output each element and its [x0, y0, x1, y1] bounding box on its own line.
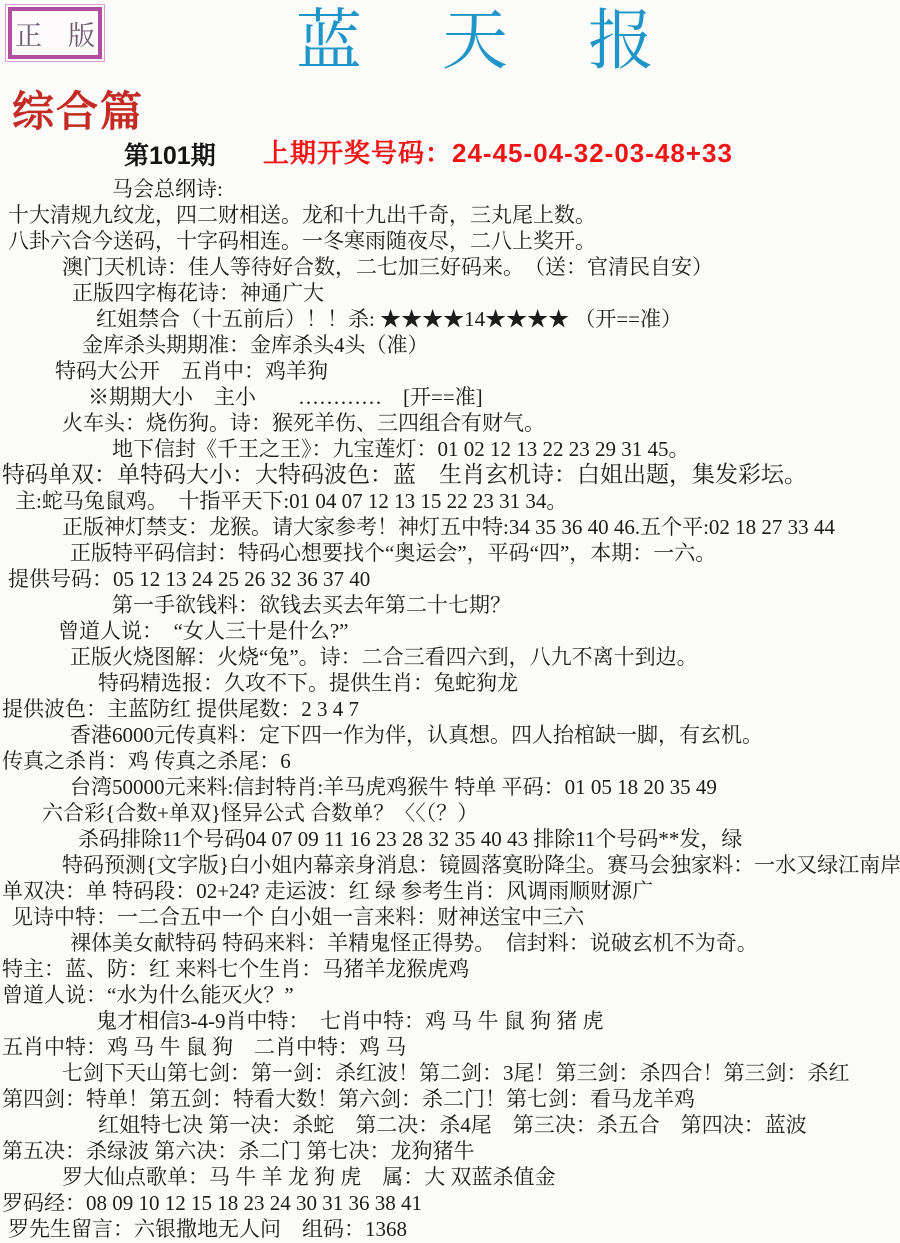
report-line: 主:蛇马兔鼠鸡。 十指平天下:01 04 07 12 13 15 22 23 3…: [0, 488, 900, 514]
report-line: 特码大公开 五肖中：鸡羊狗: [0, 358, 900, 384]
report-body: 马会总纲诗: 十大清规九纹龙，四二财相送。龙和十九出千奇，三丸尾上数。 八卦六合…: [0, 176, 900, 1242]
report-line: 火车头：烧伤狗。诗：猴死羊伤、三四组合有财气。: [0, 410, 900, 436]
report-line: 罗码经：08 09 10 12 15 18 23 24 30 31 36 38 …: [0, 1190, 900, 1216]
report-line: 五肖中特：鸡 马 牛 鼠 狗 二肖中特：鸡 马: [0, 1034, 900, 1060]
report-line: 特码预测{文字版}白小姐内幕亲身消息：镜圆落寞盼降尘。赛马会独家料：一水又绿江南…: [0, 852, 900, 878]
report-line: 香港6000元传真料：定下四一作为伴，认真想。四人抬棺缺一脚，有玄机。: [0, 722, 900, 748]
report-line: 特码精选报：久攻不下。提供生肖：兔蛇狗龙: [0, 670, 900, 696]
report-line: 十大清规九纹龙，四二财相送。龙和十九出千奇，三丸尾上数。: [0, 202, 900, 228]
report-line: 曾道人说： “女人三十是什么?”: [0, 618, 900, 644]
report-line: 台湾50000元来料:信封特肖:羊马虎鸡猴牛 特单 平码：01 05 18 20…: [0, 774, 900, 800]
report-line: ※期期大小 主小 ………… [开==准]: [0, 384, 900, 410]
report-line: 红姐禁合（十五前后）！！杀: ★★★★14★★★★ （开==准）: [0, 306, 900, 332]
edition-badge-label: 正版: [15, 14, 121, 53]
report-line: 六合彩{合数+单双}怪异公式 合数单？〈〈（？）: [0, 800, 900, 826]
report-line: 八卦六合今送码，十字码相连。一冬寒雨随夜尽，二八上奖开。: [0, 228, 900, 254]
report-line: 特码单双：单特码大小：大特码波色：蓝 生肖玄机诗：白姐出题，集发彩坛。: [0, 462, 900, 488]
report-line: 罗先生留言：六银撒地无人问 组码：1368: [0, 1216, 900, 1242]
report-line: 第一手欲钱料：欲钱去买去年第二十七期？: [0, 592, 900, 618]
issue-number: 第101期: [124, 136, 216, 172]
report-line: 澳门天机诗：佳人等待好合数，二七加三好码来。 （送：官清民自安）: [0, 254, 900, 280]
edition-badge: 正版: [8, 7, 102, 59]
report-line: 正版火烧图解：火烧“兔”。诗：二合三看四六到，八九不离十到边。: [0, 644, 900, 670]
report-line: 正版四字梅花诗：神通广大: [0, 280, 900, 306]
report-line: 裸体美女献特码 特码来料：羊精鬼怪正得势。 信封料：说破玄机不为奇。: [0, 930, 900, 956]
report-line: 提供波色：主蓝防红 提供尾数：2 3 4 7: [0, 696, 900, 722]
report-line: 杀码排除11个号码04 07 09 11 16 23 28 32 35 40 4…: [0, 826, 900, 852]
report-line: 罗大仙点歌单：马 牛 羊 龙 狗 虎 属：大 双蓝杀值金: [0, 1164, 900, 1190]
section-title: 综合篇: [12, 88, 144, 138]
report-line: 见诗中特：一二合五中一个 白小姐一言来料：财神送宝中三六: [0, 904, 900, 930]
report-line: 红姐特七决 第一决：杀蛇 第二决：杀4尾 第三决：杀五合 第四决：蓝波: [0, 1112, 900, 1138]
report-line: 马会总纲诗:: [0, 176, 900, 202]
report-line: 第四剑：特单！第五剑：特看大数！第六剑：杀二门！第七剑：看马龙羊鸡: [0, 1086, 900, 1112]
report-line: 鬼才相信3-4-9肖中特： 七肖中特：鸡 马 牛 鼠 狗 猪 虎: [0, 1008, 900, 1034]
report-line: 正版特平码信封：特码心想要找个“奥运会”，平码“四”，本期：一六。: [0, 540, 900, 566]
report-line: 单双决：单 特码段：02+24? 走运波：红 绿 参考生肖：风调雨顺财源广: [0, 878, 900, 904]
report-line: 第五决：杀绿波 第六决：杀二门 第七决：龙狗猪牛: [0, 1138, 900, 1164]
report-line: 七剑下天山第七剑：第一剑：杀红波！第二剑：3尾！第三剑：杀四合！第三剑：杀红: [0, 1060, 900, 1086]
report-line: 特主：蓝、防：红 来料七个生肖：马猪羊龙猴虎鸡: [0, 956, 900, 982]
report-line: 正版神灯禁支：龙猴。请大家参考！神灯五中特:34 35 36 40 46.五个平…: [0, 514, 900, 540]
report-line: 金库杀头期期准：金库杀头4头（准）: [0, 332, 900, 358]
report-line: 传真之杀肖：鸡 传真之杀尾：6: [0, 748, 900, 774]
report-line: 曾道人说：“水为什么能灭火？”: [0, 982, 900, 1008]
report-line: 提供号码：05 12 13 24 25 26 32 36 37 40: [0, 566, 900, 592]
report-page: 正版 蓝天报 综合篇 第101期 上期开奖号码：24-45-04-32-03-4…: [0, 0, 900, 1243]
last-draw-result: 上期开奖号码：24-45-04-32-03-48+33: [263, 133, 733, 170]
page-title: 蓝天报: [296, 2, 734, 82]
report-line: 地下信封《千王之王》：九宝莲灯：01 02 12 13 22 23 29 31 …: [0, 436, 900, 462]
